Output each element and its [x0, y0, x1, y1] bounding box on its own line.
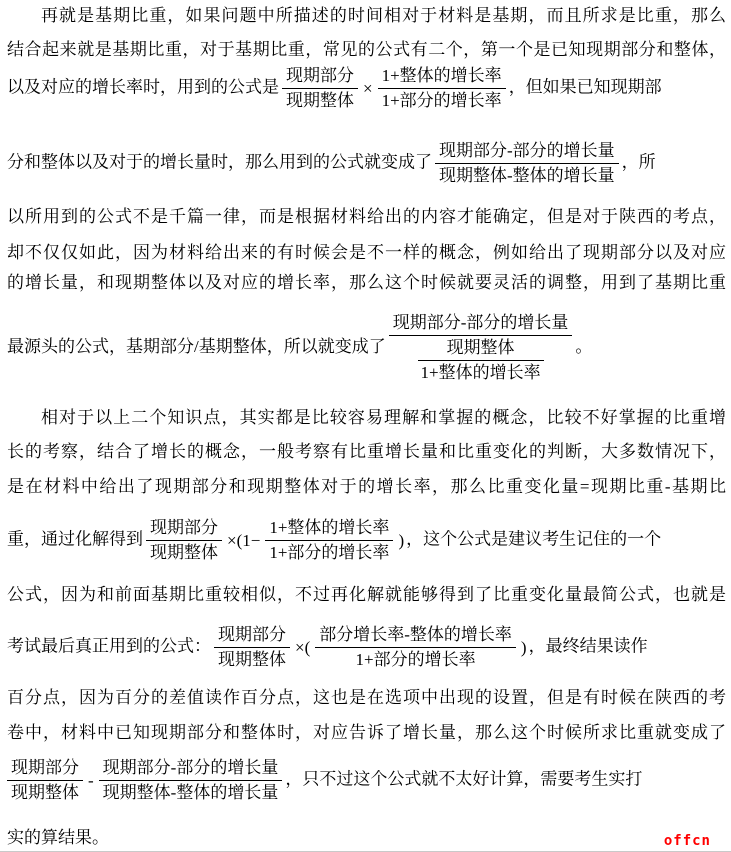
minus-operator: - — [88, 771, 94, 791]
numerator: 现期部分-部分的增长量 — [389, 311, 573, 335]
fraction-nested-base-proportion: 现期部分-部分的增长量现期整体1+整体的增长率 — [389, 311, 573, 385]
numerator: 现期部分 — [146, 516, 222, 540]
text-line: 长的考察，结合了增长的概念，一般考察有比重增长量和比重变化的判断，大多数情况下， — [7, 439, 726, 465]
denominator: 现期整体1+整体的增长率 — [389, 335, 573, 385]
times-one-minus-operator: ×(1− — [227, 531, 260, 551]
numerator: 现期部分-部分的增长量 — [435, 139, 619, 163]
denominator: 现期整体 — [282, 88, 358, 113]
fraction-current-part-over-whole: 现期部分现期整体 — [146, 516, 222, 565]
denominator: 现期整体 — [214, 647, 290, 672]
fraction-growth-rates: 1+整体的增长率1+部分的增长率 — [265, 516, 393, 565]
numerator: 现期部分 — [282, 64, 358, 88]
formula-line-source-formula: 最源头的公式，基期部分/基期整体，所以就变成了现期部分-部分的增长量现期整体1+… — [7, 311, 726, 385]
fraction-current-part-over-whole: 现期部分现期整体 — [282, 64, 358, 113]
fraction-growth-amounts: 现期部分-部分的增长量现期整体-整体的增长量 — [435, 139, 619, 188]
fraction-current-part-over-whole: 现期部分现期整体 — [214, 623, 290, 672]
fraction-current-part-over-whole: 现期部分现期整体 — [7, 756, 83, 805]
text-line: 再就是基期比重，如果问题中所描述的时间相对于材料是基期，而且所求是比重，那么 — [7, 3, 726, 29]
text-line: 实的算结果。 — [7, 825, 726, 851]
formula-pre-text: 分和整体以及对于的增长量时，那么用到的公式就变成了 — [7, 152, 432, 171]
text-line: 以所用到的公式不是千篇一律，而是根据材料给出的内容才能确定，但是对于陕西的考点， — [7, 204, 726, 230]
multiply-operator: × — [363, 79, 373, 99]
formula-pre-text: 重，通过化解得到 — [7, 529, 143, 548]
formula-post-text: ，只不过这个公式就不太好计算，需要考生实打 — [285, 769, 642, 788]
inner-fraction-base-whole: 现期整体1+整体的增长率 — [418, 336, 544, 385]
formula-post-text: ，这个公式是建议考生记住的一个 — [406, 529, 661, 548]
numerator: 部分增长率-整体的增长率 — [315, 623, 516, 647]
close-paren: ) — [521, 638, 527, 658]
numerator: 1+整体的增长率 — [378, 64, 506, 88]
numerator: 现期部分-部分的增长量 — [99, 756, 283, 780]
text-line: 卷中，材料中已知现期部分和整体时，对应告诉了增长量，那么这个时候所求比重就变成了 — [7, 720, 726, 746]
formula-post-text: ，但如果已知现期部 — [509, 77, 662, 96]
numerator: 现期部分 — [7, 756, 83, 780]
formula-line-base-proportion-rate: 以及对应的增长率时，用到的公式是现期部分现期整体×1+整体的增长率1+部分的增长… — [7, 64, 726, 113]
inner-denominator: 1+整体的增长率 — [418, 360, 544, 385]
denominator: 1+部分的增长率 — [315, 647, 516, 672]
formula-post-text: ，最终结果读作 — [529, 636, 648, 655]
inner-numerator: 现期整体 — [418, 336, 544, 360]
formula-pre-text: 以及对应的增长率时，用到的公式是 — [7, 77, 279, 96]
denominator: 现期整体 — [7, 780, 83, 805]
formula-pre-text: 考试最后真正用到的公式： — [7, 636, 211, 655]
formula-post-text: ，所 — [622, 152, 656, 171]
numerator: 现期部分 — [214, 623, 290, 647]
formula-line-proportion-difference: 现期部分现期整体-现期部分-部分的增长量现期整体-整体的增长量，只不过这个公式就… — [7, 756, 726, 805]
numerator: 1+整体的增长率 — [265, 516, 393, 540]
text-line: 百分点，因为百分的差值读作百分点，这也是在选项中出现的设置，但是有时候在陕西的考 — [7, 685, 726, 711]
denominator: 现期整体-整体的增长量 — [435, 163, 619, 188]
denominator: 现期整体 — [146, 540, 222, 565]
formula-post-text: 。 — [575, 337, 592, 356]
document-page: 再就是基期比重，如果问题中所描述的时间相对于材料是基期，而且所求是比重，那么 结… — [0, 0, 731, 852]
text-line: 公式，因为和前面基期比重较相似，不过再化解就能够得到了比重变化量最简公式，也就是 — [7, 582, 726, 608]
text-line: 相对于以上二个知识点，其实都是比较容易理解和掌握的概念，比较不好掌握的比重增 — [7, 405, 726, 431]
text-line: 是在材料中给出了现期部分和现期整体对于的增长率，那么比重变化量=现期比重-基期比 — [7, 474, 726, 500]
text-line: 的增长量，和现期整体以及对应的增长率，那么这个时候就要灵活的调整，用到了基期比重 — [7, 270, 726, 296]
denominator: 1+部分的增长率 — [265, 540, 393, 565]
formula-line-proportion-change: 重，通过化解得到现期部分现期整体×(1−1+整体的增长率1+部分的增长率)，这个… — [7, 516, 726, 565]
text-line: 却不仅仅如此，因为材料给出来的有时候会是不一样的概念，例如给出了现期部分以及对应 — [7, 240, 726, 266]
formula-pre-text: 最源头的公式，基期部分/基期整体，所以就变成了 — [7, 337, 386, 356]
close-paren: ) — [398, 531, 404, 551]
offcn-brand-watermark: offcn — [664, 833, 711, 849]
fraction-rate-difference: 部分增长率-整体的增长率1+部分的增长率 — [315, 623, 516, 672]
denominator: 现期整体-整体的增长量 — [99, 780, 283, 805]
formula-line-base-proportion-amount: 分和整体以及对于的增长量时，那么用到的公式就变成了现期部分-部分的增长量现期整体… — [7, 139, 726, 188]
fraction-growth-amounts: 现期部分-部分的增长量现期整体-整体的增长量 — [99, 756, 283, 805]
times-open-paren: ×( — [295, 638, 310, 658]
text-line: 结合起来就是基期比重，对于基期比重，常见的公式有二个，第一个是已知现期部分和整体… — [7, 37, 726, 63]
formula-line-simplest-change-formula: 考试最后真正用到的公式：现期部分现期整体×(部分增长率-整体的增长率1+部分的增… — [7, 623, 726, 672]
fraction-growth-rates: 1+整体的增长率1+部分的增长率 — [378, 64, 506, 113]
denominator: 1+部分的增长率 — [378, 88, 506, 113]
